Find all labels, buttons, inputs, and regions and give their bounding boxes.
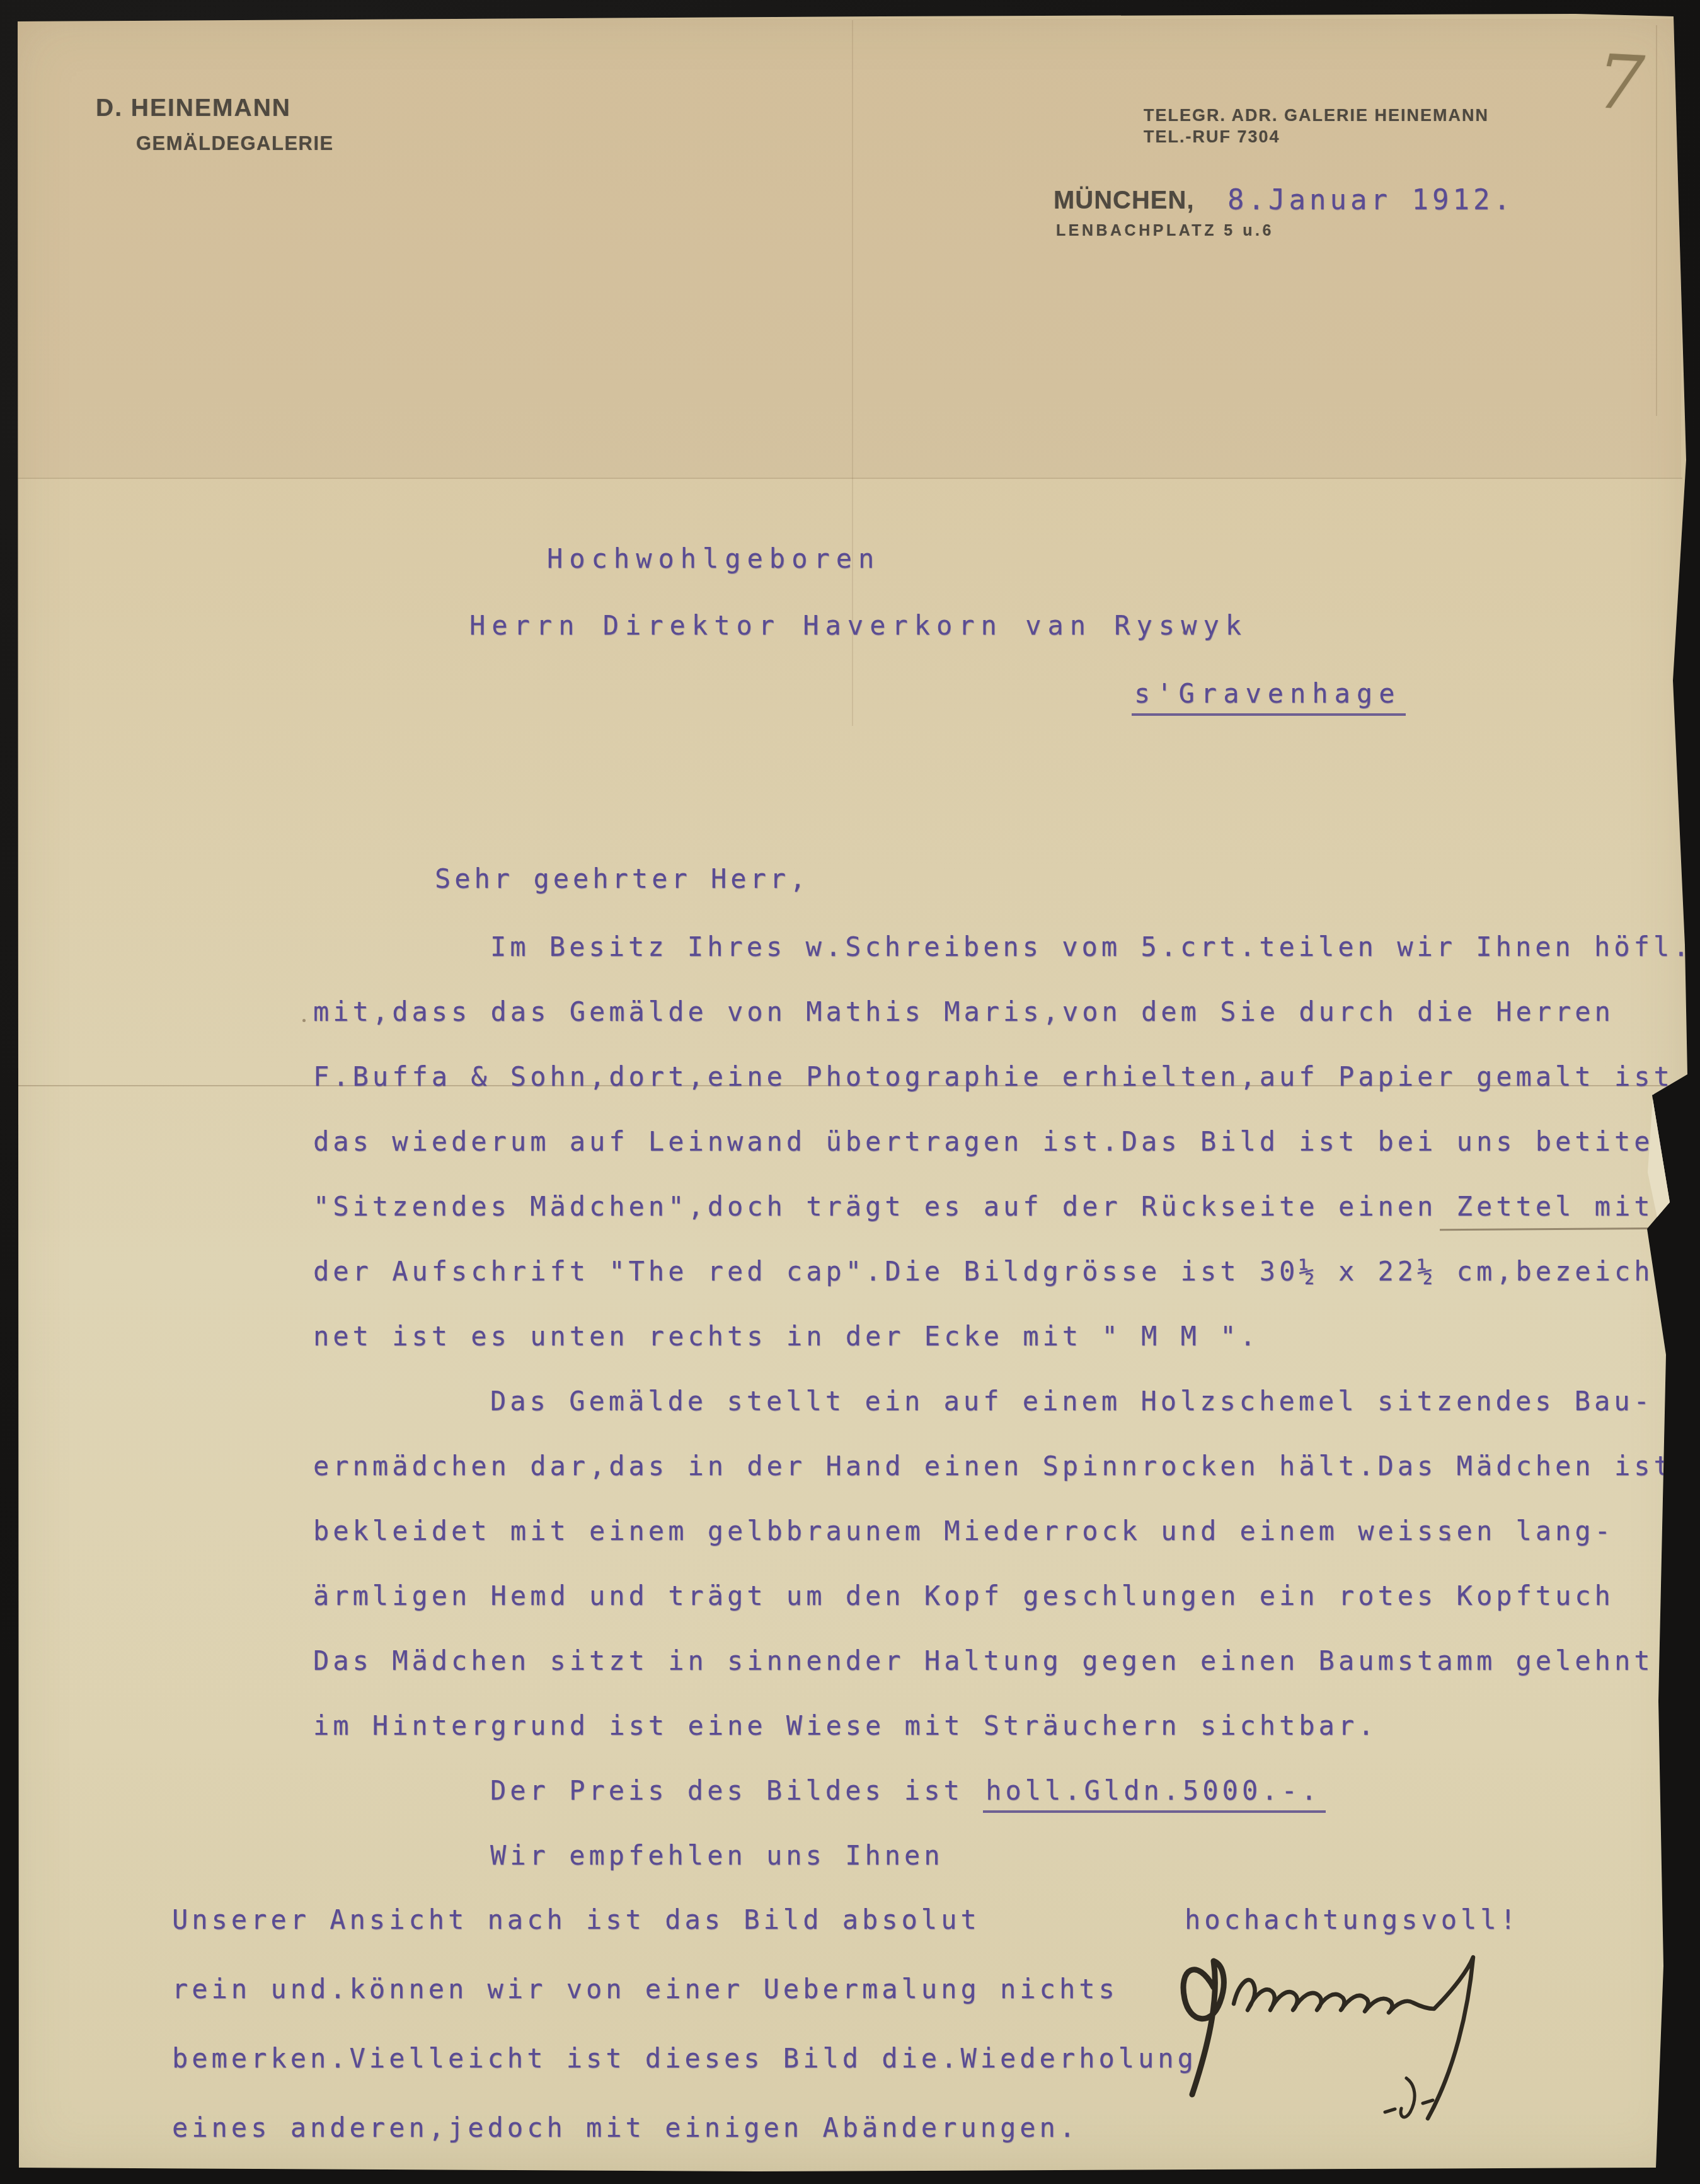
body-line: ernmädchen dar,das in der Hand einen Spi…: [313, 1451, 1674, 1481]
recipient-city: s'Gravenhage: [1132, 678, 1406, 709]
letterhead-company: D. HEINEMANN: [96, 95, 291, 122]
paper-shading-top: [18, 19, 1681, 478]
body-line: ärmligen Hemd und trägt um den Kopf gesc…: [313, 1580, 1614, 1611]
postscript-line: eines anderen,jedoch mit einigen Abänder…: [172, 2112, 1079, 2143]
body-line: der Aufschrift "The red cap".Die Bildgrö…: [313, 1256, 1674, 1287]
recipient-honorific: Hochwohlgeboren: [547, 543, 880, 574]
letterhead-phone-line: TEL.-RUF 7304: [1144, 127, 1280, 147]
fold-crease-upper: [18, 478, 1682, 479]
body-line: Das Mädchen sitzt in sinnender Haltung g…: [313, 1645, 1674, 1676]
scan-background: D. HEINEMANN GEMÄLDEGALERIE TELEGR. ADR.…: [0, 0, 1700, 2184]
body-line: im Hintergrund ist eine Wiese mit Sträuc…: [313, 1710, 1377, 1741]
letterhead-city: MÜNCHEN,: [1054, 187, 1195, 215]
letterhead-subtitle: GEMÄLDEGALERIE: [136, 132, 334, 155]
recipient-city-text: s'Gravenhage: [1132, 678, 1406, 716]
body-line: net ist es unten rechts in der Ecke mit …: [313, 1321, 1260, 1352]
body-line: "Sitzendes Mädchen",doch trägt es auf de…: [313, 1191, 1653, 1222]
price-prefix: Der Preis des Bildes ist: [490, 1775, 983, 1806]
body-line: Im Besitz Ihres w.Schreibens vom 5.crt.t…: [490, 931, 1692, 962]
letter-paper: D. HEINEMANN GEMÄLDEGALERIE TELEGR. ADR.…: [0, 0, 1700, 2184]
letterhead-street-address: LENBACHPLATZ 5 u.6: [1056, 222, 1274, 240]
price-line: Der Preis des Bildes ist holl.Gldn.5000.…: [490, 1775, 1326, 1806]
body-line: F.Buffa & Sohn,dort,eine Photographie er…: [313, 1061, 1693, 1092]
postscript-line: rein und.können wir von einer Uebermalun…: [172, 1974, 1118, 2004]
letterhead-telegram-line: TELEGR. ADR. GALERIE HEINEMANN: [1144, 106, 1489, 125]
letter-date: 8.Januar 1912.: [1227, 184, 1514, 216]
body-line: mit,dass das Gemälde von Mathis Maris,vo…: [313, 996, 1614, 1027]
closing-line: Wir empfehlen uns Ihnen: [490, 1840, 944, 1871]
paper-tear-line: [1440, 1227, 1674, 1231]
postscript-line: Unserer Ansicht nach ist das Bild absolu…: [172, 1904, 980, 1935]
body-line: das wiederum auf Leinwand übertragen ist…: [313, 1126, 1693, 1157]
fold-crease-right-edge: [1656, 25, 1657, 416]
signature-heinemann-icon: [1153, 1929, 1569, 2169]
body-line: bekleidet mit einem gelbbraunem Miederro…: [313, 1515, 1614, 1546]
salutation: Sehr geehrter Herr,: [435, 863, 809, 894]
body-line: Das Gemälde stellt ein auf einem Holzsch…: [490, 1386, 1653, 1417]
recipient-name: Herrn Direktor Haverkorn van Ryswyk: [469, 610, 1248, 641]
postscript-line: bemerken.Vielleicht ist dieses Bild die.…: [172, 2043, 1197, 2074]
ink-speck: [302, 1019, 306, 1022]
handwritten-page-number: 7: [1594, 38, 1646, 127]
price-amount: holl.Gldn.5000.-.: [983, 1775, 1326, 1813]
